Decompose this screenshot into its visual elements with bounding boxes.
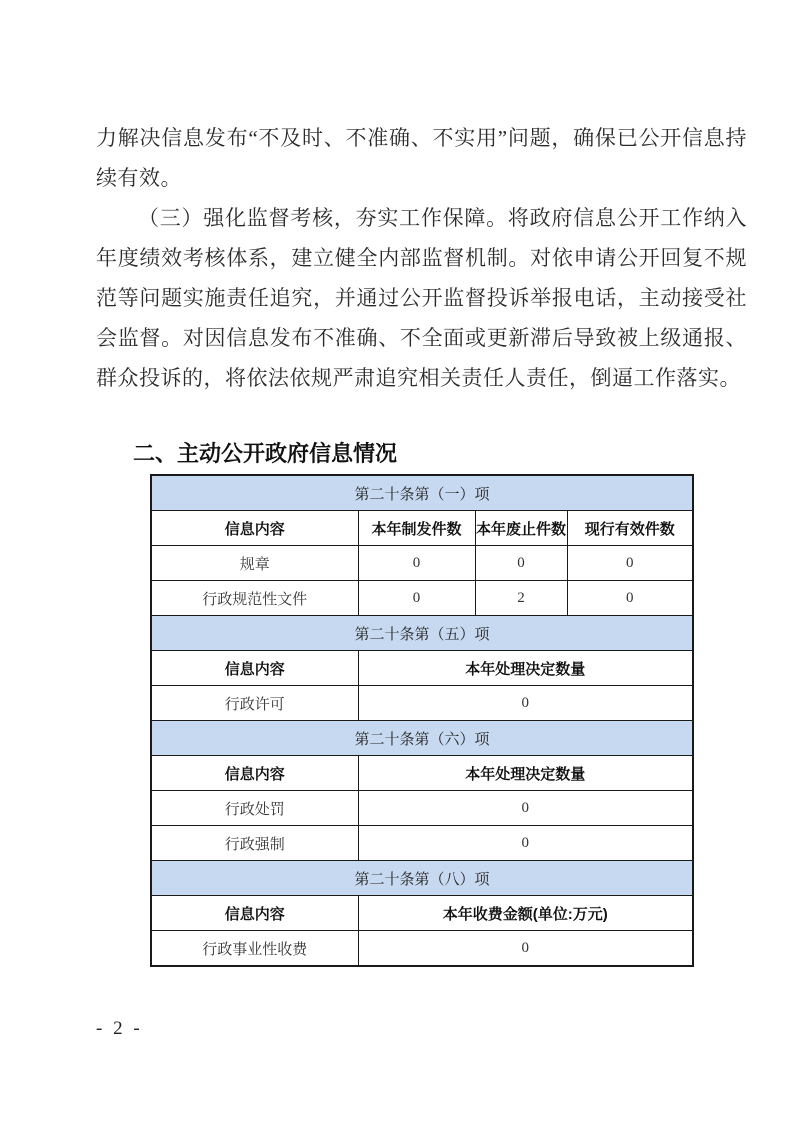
column-header: 本年处理决定数量 — [358, 756, 693, 791]
column-header: 信息内容 — [151, 511, 358, 546]
row-label: 行政许可 — [151, 686, 358, 721]
paragraph-section-three: （三）强化监督考核，夯实工作保障。将政府信息公开工作纳入年度绩效考核体系，建立健… — [96, 198, 747, 398]
section-heading: 二、主动公开政府信息情况 — [133, 439, 747, 469]
column-header: 本年处理决定数量 — [358, 651, 693, 686]
column-header: 本年收费金额(单位:万元) — [358, 896, 693, 931]
column-header: 信息内容 — [151, 651, 358, 686]
data-cell: 0 — [358, 686, 693, 721]
row-label: 行政事业性收费 — [151, 931, 358, 967]
table-section-row: 第二十条第（八）项 — [151, 861, 693, 896]
column-header: 现行有效件数 — [567, 511, 693, 546]
document-page: 力解决信息发布“不及时、不准确、不实用”问题，确保已公开信息持续有效。 （三）强… — [0, 0, 793, 1122]
column-header: 信息内容 — [151, 756, 358, 791]
table-section-row: 第二十条第（六）项 — [151, 721, 693, 756]
data-cell: 0 — [567, 546, 693, 581]
data-cell: 2 — [475, 581, 567, 616]
table-row: 行政事业性收费0 — [151, 931, 693, 967]
column-header: 本年废止件数 — [475, 511, 567, 546]
column-header: 信息内容 — [151, 896, 358, 931]
paragraph-continuation: 力解决信息发布“不及时、不准确、不实用”问题，确保已公开信息持续有效。 — [96, 118, 747, 198]
table-row: 行政处罚0 — [151, 791, 693, 826]
table-section-row: 第二十条第（一）项 — [151, 475, 693, 511]
data-cell: 0 — [358, 581, 475, 616]
row-label: 行政强制 — [151, 826, 358, 861]
page-number: - 2 - — [96, 1018, 143, 1040]
table-header-row: 信息内容本年处理决定数量 — [151, 651, 693, 686]
table-section-title: 第二十条第（五）项 — [151, 616, 693, 651]
data-cell: 0 — [358, 931, 693, 967]
table-header-row: 信息内容本年制发件数本年废止件数现行有效件数 — [151, 511, 693, 546]
disclosure-table: 第二十条第（一）项信息内容本年制发件数本年废止件数现行有效件数规章000行政规范… — [150, 474, 694, 967]
table-section-title: 第二十条第（八）项 — [151, 861, 693, 896]
table-section-title: 第二十条第（一）项 — [151, 475, 693, 511]
data-cell: 0 — [567, 581, 693, 616]
page-content: 力解决信息发布“不及时、不准确、不实用”问题，确保已公开信息持续有效。 （三）强… — [96, 118, 747, 967]
table-row: 行政规范性文件020 — [151, 581, 693, 616]
table-section-row: 第二十条第（五）项 — [151, 616, 693, 651]
data-cell: 0 — [358, 546, 475, 581]
table-header-row: 信息内容本年收费金额(单位:万元) — [151, 896, 693, 931]
row-label: 行政处罚 — [151, 791, 358, 826]
column-header: 本年制发件数 — [358, 511, 475, 546]
data-cell: 0 — [358, 826, 693, 861]
row-label: 行政规范性文件 — [151, 581, 358, 616]
data-cell: 0 — [358, 791, 693, 826]
table-header-row: 信息内容本年处理决定数量 — [151, 756, 693, 791]
disclosure-table-body: 第二十条第（一）项信息内容本年制发件数本年废止件数现行有效件数规章000行政规范… — [151, 475, 693, 966]
table-row: 行政许可0 — [151, 686, 693, 721]
table-row: 行政强制0 — [151, 826, 693, 861]
table-row: 规章000 — [151, 546, 693, 581]
table-section-title: 第二十条第（六）项 — [151, 721, 693, 756]
row-label: 规章 — [151, 546, 358, 581]
data-cell: 0 — [475, 546, 567, 581]
